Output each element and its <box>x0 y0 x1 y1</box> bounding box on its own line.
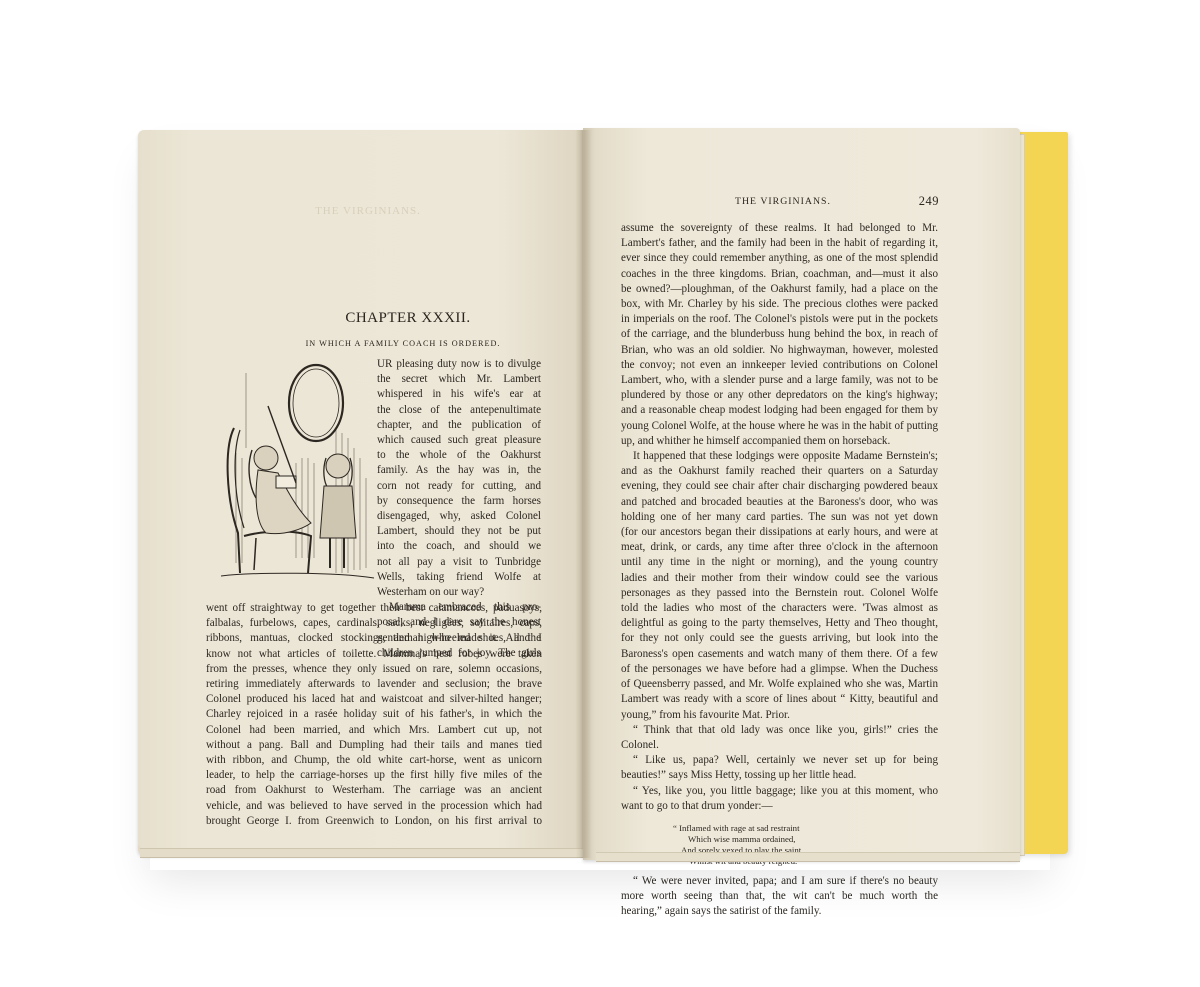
text-line: holding one of her many card parties. Th… <box>621 510 938 525</box>
text-line: meat, drink, or cards, any time after th… <box>621 540 938 555</box>
text-line: until any time in the night or morning),… <box>621 555 938 570</box>
text-line: Baroness's open casements and watch many… <box>621 647 938 662</box>
text-line: by consequence the farm horses <box>377 494 541 509</box>
text-line: which caused such great pleasure <box>377 433 541 448</box>
text-line: chapter, and the publication of <box>377 418 541 433</box>
text-line: “ We were never invited, papa; and I am … <box>621 874 938 889</box>
right-page-closing: “ We were never invited, papa; and I am … <box>621 874 938 920</box>
text-line: “ Yes, like you, you little baggage; lik… <box>621 784 938 799</box>
engraving-illustration-icon <box>216 358 378 590</box>
text-line: plundered by those or any other depredat… <box>621 388 938 403</box>
text-line: Brian, who was an old soldier. No highwa… <box>621 343 938 358</box>
book-gutter <box>576 130 592 858</box>
text-line: Colonel had been married, and which Mrs.… <box>206 723 542 738</box>
text-line: Lambert was ready with a score of lines … <box>621 692 938 707</box>
chapter-title: CHAPTER XXXII. <box>258 310 558 327</box>
text-line: in imperials on the roof. The Colonel's … <box>621 312 938 327</box>
text-line: falbalas, furbelows, capes, cardinals, s… <box>206 616 542 631</box>
text-line: vehicle, and was believed to have served… <box>206 799 542 814</box>
text-line: from the presses, whence they only issue… <box>206 662 542 677</box>
text-line: the convoy; not even an innkeeper levied… <box>621 358 938 373</box>
left-page-body: went off straightway to get together the… <box>206 601 542 829</box>
text-line: Wells, taking friend Wolfe at <box>377 570 541 585</box>
text-line: “ Like us, papa? Well, certainly we neve… <box>621 753 938 768</box>
text-line: “ Think that that old lady was once like… <box>621 723 938 738</box>
text-line: assume the sovereignty of these realms. … <box>621 221 938 236</box>
text-line: of the carriage, and the blunderbuss hun… <box>621 327 938 342</box>
text-line: want to go to that drum yonder:— <box>621 799 938 814</box>
text-line: be owned?—ploughman, of the Oakhurst fam… <box>621 282 938 297</box>
text-line: leader, to help the carriage-horses up t… <box>206 768 542 783</box>
text-line: beauties!” says Miss Hetty, tossing up h… <box>621 768 938 783</box>
text-line: Charley rejoiced in a rasée holiday suit… <box>206 707 542 722</box>
text-line: family. As the hay was in, the <box>377 463 541 478</box>
right-page-body: assume the sovereignty of these realms. … <box>621 221 938 814</box>
text-line: personages as they passed into the Berns… <box>621 586 938 601</box>
text-line: It happened that these lodgings were opp… <box>621 449 938 464</box>
poem-line: “ Inflamed with rage at sad restraint <box>673 823 873 834</box>
text-line: more worth seeing than that, the wit can… <box>621 889 938 904</box>
running-head-title: THE VIRGINIANS. <box>735 196 831 207</box>
left-page-edge <box>140 848 586 858</box>
page-number: 249 <box>919 194 939 209</box>
text-line: to the whole of the Oakhurst <box>377 448 541 463</box>
text-line: Lambert's father, and the family had bee… <box>621 236 938 251</box>
text-line: UR pleasing duty now is to divulge <box>377 357 541 372</box>
text-line: Lambert, who, with a slender purse and a… <box>621 373 938 388</box>
text-line: coaches in the three kingdoms. Brian, co… <box>621 267 938 282</box>
text-line: (for our ancestors began their dissipati… <box>621 525 938 540</box>
text-line: Lambert, should they not be put <box>377 524 541 539</box>
text-line: whispered in his wife's ear at <box>377 387 541 402</box>
text-line: brought George I. from Greenwich to Lond… <box>206 814 542 829</box>
text-line: of the personages we have before had a g… <box>621 662 938 677</box>
chapter-subtitle: IN WHICH A FAMILY COACH IS ORDERED. <box>228 339 578 348</box>
text-line: up, and whither he himself accompanied t… <box>621 434 938 449</box>
right-page-edge <box>596 852 1020 862</box>
left-page: THE VIRGINIANS. CHAPTER XXXII. IN WHICH … <box>138 130 588 855</box>
text-line: corn not ready for cutting, and <box>377 479 541 494</box>
text-line: disengaged, why, asked Colonel <box>377 509 541 524</box>
text-line: without a pang. Ball and Dumpling had th… <box>206 738 542 753</box>
text-line: and as the Oakhurst family reached their… <box>621 464 938 479</box>
text-line: of Queensberry passed, and Mr. Wolfe exp… <box>621 677 938 692</box>
text-line: ladies and their mother from their windo… <box>621 571 938 586</box>
text-line: box, with Mr. Charley by his side. The p… <box>621 297 938 312</box>
text-line: delightful as going to the party themsel… <box>621 616 938 631</box>
text-line: young,” from his favourite Mat. Prior. <box>621 708 938 723</box>
text-line: Westerham on our way? <box>377 585 541 600</box>
text-line: into the coach, and should we <box>377 539 541 554</box>
text-line: young Colonel Wolfe, at the house where … <box>621 419 938 434</box>
poem-line: Which wise mamma ordained, <box>673 834 873 845</box>
text-line: retiring immediately afterwards to laven… <box>206 677 542 692</box>
text-line: Colonel produced his laced hat and waist… <box>206 692 542 707</box>
ghost-running-head: THE VIRGINIANS. <box>223 205 513 217</box>
text-line: hearing,” again says the satirist of the… <box>621 904 938 919</box>
text-line: and a reasonable cheap modest lodging ha… <box>621 403 938 418</box>
text-line: the close of the antepenultimate <box>377 403 541 418</box>
text-line: know not what articles of toilette. Mamm… <box>206 647 542 662</box>
text-line: ribbons, mantuas, clocked stockings, and… <box>206 631 542 646</box>
right-page: THE VIRGINIANS. 249 assume the sovereign… <box>583 128 1020 860</box>
text-line: evening, they could see chair after chai… <box>621 479 938 494</box>
text-line: went off straightway to get together the… <box>206 601 542 616</box>
text-line: road from Oakhurst to Westerham. The car… <box>206 783 542 798</box>
text-line: with ribbon, and Chump, the old white ca… <box>206 753 542 768</box>
text-line: told the ladies who most of the characte… <box>621 601 938 616</box>
text-line: and patched and brocaded beauties at the… <box>621 495 938 510</box>
text-line: ever since they could remember anything,… <box>621 251 938 266</box>
text-line: the secret which Mr. Lambert <box>377 372 541 387</box>
text-line: for they not only could see the guests a… <box>621 631 938 646</box>
text-line: not all pay a visit to Tunbridge <box>377 555 541 570</box>
text-line: Colonel. <box>621 738 938 753</box>
